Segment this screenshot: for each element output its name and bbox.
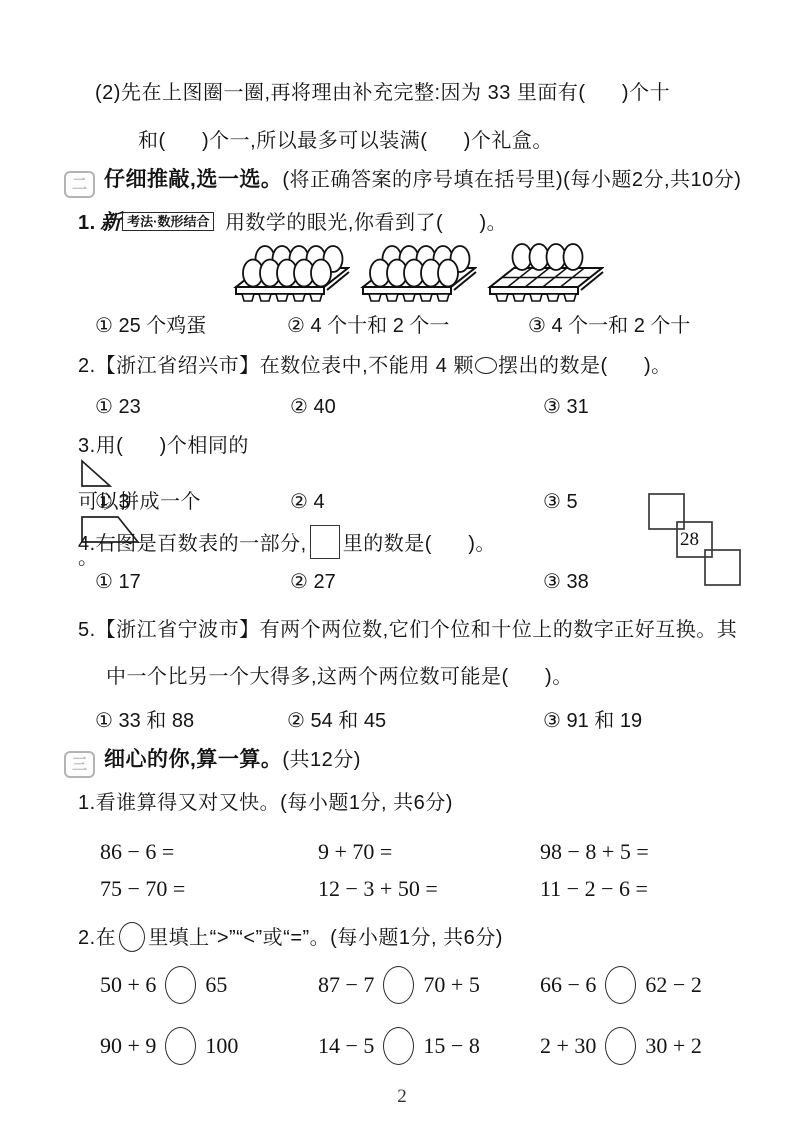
- q2-option-2: ② 40: [290, 394, 336, 419]
- compare-circle-icon: [165, 966, 196, 1004]
- compare-left: 87 − 7: [318, 972, 374, 998]
- q1-option-3: ③ 4 个一和 2 个十: [528, 309, 690, 338]
- compare-right: 70 + 5: [423, 972, 479, 998]
- new-exam-badge-box: 考法·数形结合: [122, 212, 214, 231]
- calc-expression: 75 − 70 =: [100, 876, 185, 902]
- q5-option-2: ② 54 和 45: [287, 704, 386, 733]
- egg-carton-partial-icon: [486, 237, 604, 305]
- compare-right: 100: [205, 1033, 238, 1059]
- q5-option-3: ③ 91 和 19: [543, 704, 642, 733]
- compare-item: 87 − 770 + 5: [318, 966, 480, 1004]
- compare-item: 66 − 662 − 2: [540, 966, 702, 1004]
- q4-option-1: ① 17: [95, 569, 141, 594]
- compare-circle-icon: [605, 1027, 636, 1065]
- compare-left: 50 + 6: [100, 972, 156, 998]
- new-exam-badge-prefix: 新: [100, 211, 122, 234]
- compare-subtitle-prefix: 2.在: [78, 927, 116, 949]
- compare-right: 30 + 2: [645, 1033, 701, 1059]
- hundred-chart-label: 28: [680, 529, 699, 550]
- q5-option-1: ① 33 和 88: [95, 704, 194, 733]
- compare-right: 15 − 8: [423, 1033, 479, 1059]
- compare-item: 90 + 9100: [100, 1027, 238, 1065]
- compare-left: 14 − 5: [318, 1033, 374, 1059]
- q3-option-1: ① 3: [95, 489, 130, 514]
- compare-left: 66 − 6: [540, 972, 596, 998]
- compare-circle-icon: [383, 966, 414, 1004]
- calc-subtitle: 1.看谁算得又对又快。(每小题1分, 共6分): [78, 790, 453, 816]
- question-2: 2.【浙江省绍兴市】在数位表中,不能用 4 颗摆出的数是( )。: [78, 353, 672, 379]
- question-2-text-prefix: 2.【浙江省绍兴市】在数位表中,不能用 4 颗: [78, 355, 474, 377]
- page-number: 2: [0, 1086, 804, 1108]
- question-5-line-1: 5.【浙江省宁波市】有两个两位数,它们个位和十位上的数字正好互换。其: [78, 617, 737, 643]
- compare-circle-icon: [119, 922, 145, 952]
- calc-expression: 12 − 3 + 50 =: [318, 876, 438, 902]
- section-three-note: (共12分): [282, 749, 361, 771]
- worksheet-page: (2)先在上图圈一圈,再将理由补充完整:因为 33 里面有( )个十 和( )个…: [0, 0, 804, 1143]
- q1-option-2: ② 4 个十和 2 个一: [287, 309, 449, 338]
- calc-expression: 9 + 70 =: [318, 839, 392, 865]
- counter-circle-icon: [475, 357, 497, 374]
- section-three-title: 细心的你,算一算。: [104, 748, 282, 771]
- question-2-text-suffix: 摆出的数是( )。: [498, 355, 672, 377]
- egg-carton-full-icon: [359, 237, 477, 305]
- q2-option-3: ③ 31: [543, 394, 589, 419]
- q1-option-1: ① 25 个鸡蛋: [95, 309, 206, 338]
- fill-blank-line-1: (2)先在上图圈一圈,再将理由补充完整:因为 33 里面有( )个十: [95, 80, 670, 106]
- q3-option-2: ② 4: [290, 489, 325, 514]
- compare-item: 2 + 3030 + 2: [540, 1027, 702, 1065]
- question-4-text-prefix: 4.右图是百数表的一部分,: [78, 533, 307, 555]
- question-5-line-2: 中一个比另一个大得多,这两个两位数可能是( )。: [106, 664, 573, 690]
- q4-option-2: ② 27: [290, 569, 336, 594]
- calc-expression: 86 − 6 =: [100, 839, 174, 865]
- question-4: 4.右图是百数表的一部分,里的数是( )。: [78, 525, 496, 559]
- compare-right: 62 − 2: [645, 972, 701, 998]
- question-4-text-suffix: 里的数是( )。: [343, 533, 496, 555]
- section-two-icon: 二: [64, 171, 95, 198]
- compare-subtitle-suffix: 里填上“>”“<”或“=”。(每小题1分, 共6分): [148, 927, 503, 949]
- blank-square-icon: [310, 525, 340, 559]
- compare-circle-icon: [605, 966, 636, 1004]
- compare-item: 14 − 515 − 8: [318, 1027, 480, 1065]
- compare-circle-icon: [383, 1027, 414, 1065]
- q4-option-3: ③ 38: [543, 569, 589, 594]
- question-1-text: 用数学的眼光,你看到了( )。: [225, 212, 507, 234]
- question-1-number: 1.: [78, 212, 96, 234]
- q2-option-1: ① 23: [95, 394, 141, 419]
- fill-blank-line-2: 和( )个一,所以最多可以装满( )个礼盒。: [138, 128, 553, 154]
- q3-option-3: ③ 5: [543, 489, 578, 514]
- egg-cartons-figure: [232, 237, 604, 305]
- compare-circle-icon: [165, 1027, 196, 1065]
- section-two-title: 仔细推敲,选一选。: [104, 168, 282, 191]
- hundred-chart-diagram: 28: [643, 491, 745, 599]
- calc-expression: 98 − 8 + 5 =: [540, 839, 649, 865]
- compare-item: 50 + 665: [100, 966, 227, 1004]
- compare-left: 2 + 30: [540, 1033, 596, 1059]
- egg-carton-full-icon: [232, 237, 350, 305]
- compare-right: 65: [205, 972, 227, 998]
- compare-subtitle: 2.在里填上“>”“<”或“=”。(每小题1分, 共6分): [78, 922, 503, 952]
- right-triangle-icon: [80, 459, 112, 489]
- question-1: 1. 新考法·数形结合 用数学的眼光,你看到了( )。: [78, 206, 507, 236]
- calc-expression: 11 − 2 − 6 =: [540, 876, 648, 902]
- question-3-text-1: 3.用( )个相同的: [78, 435, 249, 457]
- section-two-note: (将正确答案的序号填在括号里)(每小题2分,共10分): [282, 169, 741, 191]
- section-three-header: 三细心的你,算一算。(共12分): [64, 746, 361, 778]
- compare-left: 90 + 9: [100, 1033, 156, 1059]
- section-three-icon: 三: [64, 751, 95, 778]
- section-two-header: 二仔细推敲,选一选。(将正确答案的序号填在括号里)(每小题2分,共10分): [64, 166, 741, 198]
